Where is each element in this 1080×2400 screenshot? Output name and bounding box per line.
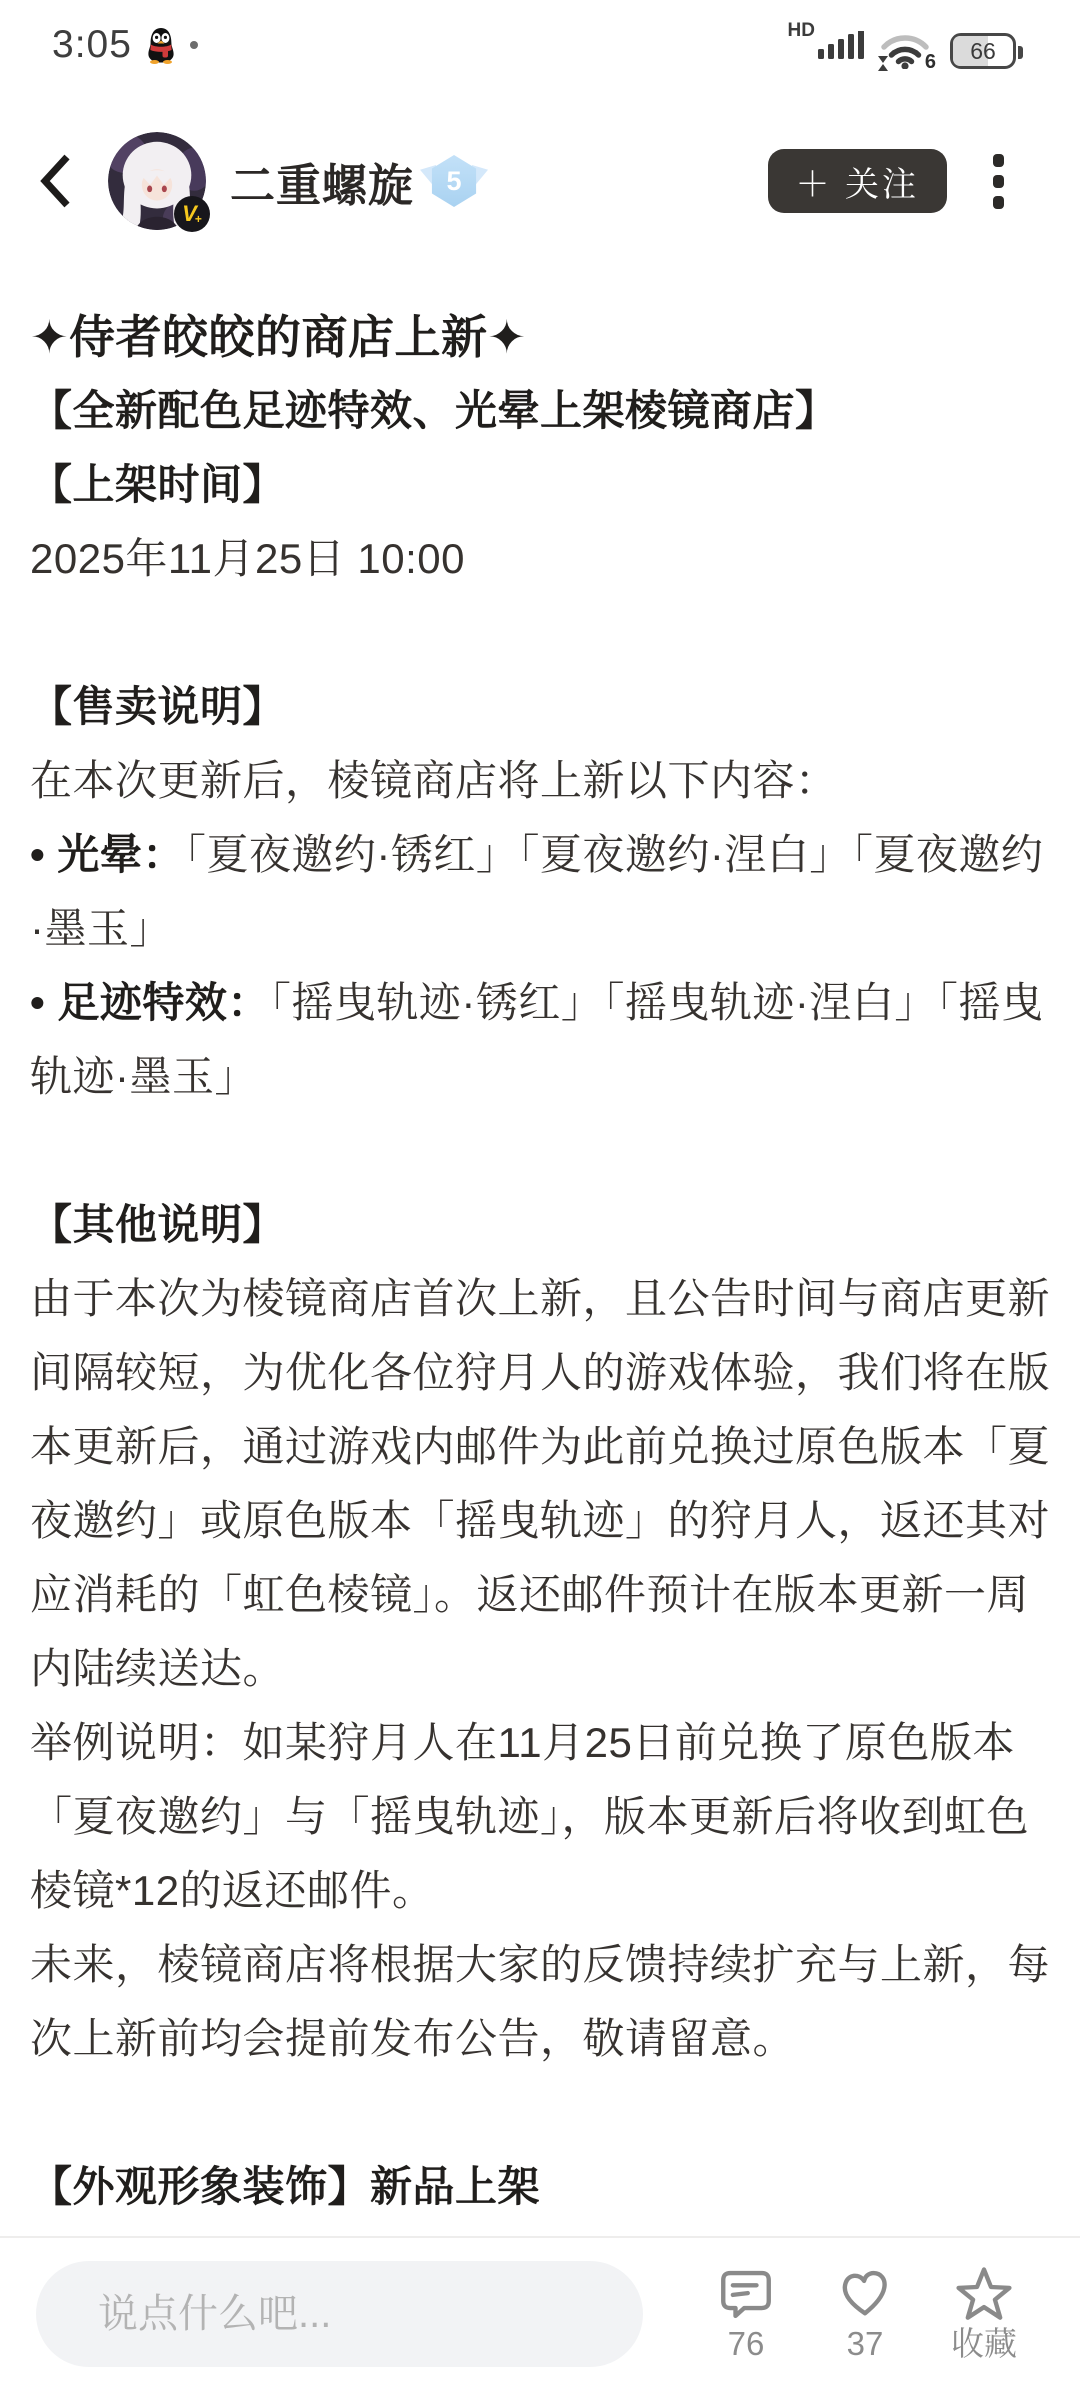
post-header: V+ 二重螺旋 5 ＋ 关注 xyxy=(0,76,1080,286)
content-paragraph: • 光晕：「夏夜邀约·锈红」「夏夜邀约·涅白」「夏夜邀约·墨玉」 xyxy=(30,818,1050,966)
follow-button[interactable]: ＋ 关注 xyxy=(768,149,947,213)
content-paragraph: 【全新配色足迹特效、光晕上架棱镜商店】 xyxy=(30,374,1050,448)
clock: 3:05 xyxy=(52,23,132,67)
content-paragraph: 【外观形象装饰】新品上架 xyxy=(30,2150,1050,2224)
battery-icon: 66 xyxy=(950,33,1016,69)
cellular-signal-icon: HD xyxy=(788,21,864,69)
content-paragraph: 【上架时间】 xyxy=(30,448,1050,522)
verified-badge: V+ xyxy=(174,196,210,232)
like-action[interactable]: 37 xyxy=(825,2266,905,2362)
screen: 3:05 HD xyxy=(0,0,1080,2400)
username[interactable]: 二重螺旋 xyxy=(230,149,414,214)
star-icon xyxy=(956,2266,1012,2322)
battery-level: 66 xyxy=(970,38,996,65)
content-spacer xyxy=(30,1114,1050,1188)
more-menu-button[interactable] xyxy=(989,150,1008,213)
notification-dot-icon xyxy=(190,41,198,49)
content-paragraph: 举例说明：如某狩月人在11月25日前兑换了原色版本「夏夜邀约」与「摇曳轨迹」，版… xyxy=(30,1706,1050,1928)
content-paragraph: 2025年11月25日 10:00 xyxy=(30,522,1050,596)
level-number: 5 xyxy=(430,155,478,207)
content-paragraph: 由于本次为棱镜商店首次上新，且公告时间与商店更新间隔较短，为优化各位狩月人的游戏… xyxy=(30,1262,1050,1706)
content-paragraph: 在本次更新后，棱镜商店将上新以下内容： xyxy=(30,744,1050,818)
qq-icon xyxy=(146,26,176,64)
content-paragraph: 【其他说明】 xyxy=(30,1188,1050,1262)
favorite-label: 收藏 xyxy=(951,2326,1017,2362)
content-paragraph: • 足迹特效：「摇曳轨迹·锈红」「摇曳轨迹·涅白」「摇曳轨迹·墨玉」 xyxy=(30,966,1050,1114)
comment-bubble-icon xyxy=(718,2266,774,2322)
content-spacer xyxy=(30,2076,1050,2150)
favorite-action[interactable]: 收藏 xyxy=(944,2266,1024,2362)
battery-terminal xyxy=(1018,46,1023,59)
level-badge: 5 xyxy=(430,155,478,207)
comment-action[interactable]: 76 xyxy=(706,2266,786,2362)
status-bar: 3:05 HD xyxy=(0,0,1080,76)
comment-count: 76 xyxy=(728,2326,765,2362)
wifi-icon: 6 xyxy=(880,27,930,69)
heart-icon xyxy=(837,2266,893,2322)
verified-plus: + xyxy=(195,213,202,225)
post-content: ✦侍者皎皎的商店上新✦【全新配色足迹特效、光晕上架棱镜商店】【上架时间】2025… xyxy=(0,286,1080,2224)
hd-label: HD xyxy=(788,21,815,40)
comment-input[interactable] xyxy=(36,2261,643,2367)
comment-bar: 76 37 收藏 xyxy=(0,2236,1080,2400)
content-paragraph: 【售卖说明】 xyxy=(30,670,1050,744)
content-paragraph: ✦侍者皎皎的商店上新✦ xyxy=(30,300,1050,374)
wifi-traffic-arrows-icon xyxy=(878,56,888,71)
like-count: 37 xyxy=(847,2326,884,2362)
back-button[interactable] xyxy=(36,151,80,211)
content-spacer xyxy=(30,596,1050,670)
avatar[interactable]: V+ xyxy=(108,132,206,230)
content-paragraph: 未来，棱镜商店将根据大家的反馈持续扩充与上新，每次上新前均会提前发布公告，敬请留… xyxy=(30,1928,1050,2076)
wifi-standard-label: 6 xyxy=(925,52,936,72)
back-icon xyxy=(36,152,74,210)
